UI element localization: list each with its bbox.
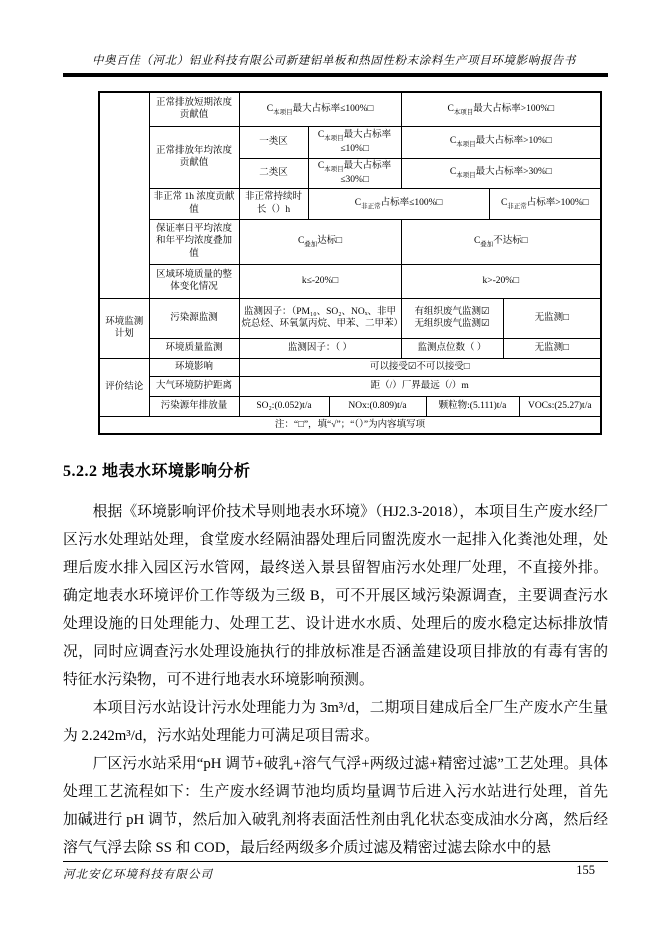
zone-cell: 一类区 (239, 126, 308, 158)
row-label-cell: 区域环境质量的整体变化情况 (149, 264, 239, 298)
option-cell: C本项目最大占标率≤10%□ (308, 126, 401, 158)
pm-emission-cell: 颗粒物:(5.111)t/a (426, 396, 519, 416)
monitor-points-cell: 监测点位数（ ） (401, 338, 503, 358)
table-row: 区域环境质量的整体变化情况 k≤-20%□ k>-20%□ (99, 264, 601, 298)
monitor-type-cell: 有组织废气监测☑ 无组织废气监测☑ (401, 298, 503, 338)
atmospheric-evaluation-table: 正常排放短期浓度贡献值 C本项目最大占标率≤100%□ C本项目最大占标率>10… (98, 91, 602, 435)
row-label-cell: 非正常 1h 浓度贡献值 (149, 188, 239, 219)
no-monitoring-cell: 无监测□ (503, 338, 601, 358)
c-subscript: 非正常 (507, 203, 527, 210)
paragraph-3: 厂区污水站采用“pH 调节+破乳+溶气气浮+两级过滤+精密过滤”工艺处理。具体处… (63, 750, 608, 862)
table-row: 污染源年排放量 SO₂:(0.052)t/a NOx:(0.809)t/a 颗粒… (99, 396, 601, 416)
option-cell: C本项目最大占标率≤30%□ (308, 158, 401, 188)
option-text: 占标率>100%□ (527, 198, 589, 208)
section-heading: 5.2.2 地表水环境影响分析 (63, 458, 608, 481)
option-text: 占标率≤100%□ (381, 198, 443, 208)
table-row: 评价结论 环境影响 可以接受☑不可以接受□ (99, 358, 601, 376)
organized-monitoring: 有组织废气监测☑ (404, 306, 501, 318)
table-row: 大气环境防护距离 距（/）厂界最远（/）m (99, 376, 601, 396)
paragraph-2: 本项目污水站设计污水处理能力为 3m³/d，二期项目建成后全厂生产废水产生量为 … (63, 694, 608, 750)
table-row: 注：“□”，填“√”；“（）”为内容填写项 (99, 416, 601, 434)
page-header-title: 中奥百佳（河北）铝业科技有限公司新建铝单板和热固性粉末涂料生产项目环境影响报告书 (60, 52, 608, 68)
option-cell: C本项目最大占标率>100%□ (401, 92, 601, 126)
row-label-cell: 环境影响 (149, 358, 239, 376)
table-row: 非正常 1h 浓度贡献值 非正常持续时长（）h C非正常占标率≤100%□ C非… (99, 188, 601, 219)
c-subscript: 本项目 (273, 108, 293, 115)
distance-cell: 距（/）厂界最远（/）m (239, 376, 601, 396)
footer-rule (63, 861, 608, 862)
table-row: 正常排放年均浓度贡献值 一类区 C本项目最大占标率≤10%□ C本项目最大占标率… (99, 126, 601, 158)
monitor-factors-cell: 监测因子：（PM₁₀、SO₂、NOₓ、非甲烷总烃、环氧氯丙烷、甲苯、二甲苯） (239, 298, 401, 338)
no-monitoring-cell: 无监测□ (503, 298, 601, 338)
row-label-cell: 保证率日平均浓度和年平均浓度叠加值 (149, 219, 239, 264)
row-label-cell: 正常排放年均浓度贡献值 (149, 126, 239, 188)
option-text: 最大占标率≤30%□ (340, 161, 391, 184)
table-row: 环境质量监测 监测因子：（ ） 监测点位数（ ） 无监测□ (99, 338, 601, 358)
duration-cell: 非正常持续时长（）h (239, 188, 308, 219)
c-subscript: 叠加 (304, 241, 317, 248)
c-subscript: 本项目 (324, 166, 344, 173)
header-rule (63, 73, 608, 77)
option-cell: C非正常占标率≤100%□ (308, 188, 489, 219)
c-subscript: 本项目 (324, 135, 344, 142)
nox-emission-cell: NOx:(0.809)t/a (329, 396, 426, 416)
row-label-cell: 大气环境防护距离 (149, 376, 239, 396)
option-text: 达标□ (317, 236, 342, 246)
footer-company: 河北安亿环境科技有限公司 (63, 866, 213, 882)
group-label-cell: 环境监测计划 (99, 298, 149, 358)
table-row: 环境监测计划 污染源监测 监测因子：（PM₁₀、SO₂、NOₓ、非甲烷总烃、环氧… (99, 298, 601, 338)
so2-emission-cell: SO₂:(0.052)t/a (239, 396, 329, 416)
option-cell: k>-20%□ (401, 264, 601, 298)
row-label-cell: 污染源监测 (149, 298, 239, 338)
group-label-cell: 评价结论 (99, 358, 149, 416)
option-text: 最大占标率>100%□ (473, 104, 554, 114)
page-number: 155 (576, 863, 595, 878)
monitor-factors-cell: 监测因子：（ ） (239, 338, 401, 358)
section-content: 5.2.2 地表水环境影响分析 根据《环境影响评价技术导则地表水环境》（HJ2.… (63, 458, 608, 862)
option-cell: C叠加达标□ (239, 219, 401, 264)
option-cell: k≤-20%□ (239, 264, 401, 298)
document-page: 中奥百佳（河北）铝业科技有限公司新建铝单板和热固性粉末涂料生产项目环境影响报告书… (0, 0, 665, 935)
table-row: 保证率日平均浓度和年平均浓度叠加值 C叠加达标□ C叠加不达标□ (99, 219, 601, 264)
option-text: 不达标□ (493, 236, 527, 246)
zone-cell: 二类区 (239, 158, 308, 188)
c-subscript: 本项目 (456, 172, 476, 179)
c-subscript: 非正常 (361, 203, 381, 210)
conclusion-cell: 可以接受☑不可以接受□ (239, 358, 601, 376)
option-cell: C本项目最大占标率≤100%□ (239, 92, 401, 126)
option-cell: C叠加不达标□ (401, 219, 601, 264)
paragraph-1: 根据《环境影响评价技术导则地表水环境》（HJ2.3-2018），本项目生产废水经… (63, 498, 608, 694)
unorganized-monitoring: 无组织废气监测☑ (404, 318, 501, 330)
option-text: 最大占标率>10%□ (476, 136, 552, 146)
option-cell: C本项目最大占标率>30%□ (401, 158, 601, 188)
c-subscript: 叠加 (480, 241, 493, 248)
option-text: 最大占标率≤10%□ (340, 130, 391, 153)
row-label-cell: 污染源年排放量 (149, 396, 239, 416)
option-text: 最大占标率>30%□ (476, 167, 552, 177)
c-subscript: 本项目 (454, 108, 474, 115)
option-text: 最大占标率≤100%□ (293, 104, 374, 114)
table-row: 正常排放短期浓度贡献值 C本项目最大占标率≤100%□ C本项目最大占标率>10… (99, 92, 601, 126)
table-note: 注：“□”，填“√”；“（）”为内容填写项 (99, 416, 601, 434)
vocs-emission-cell: VOCs:(25.27)t/a (519, 396, 601, 416)
group-spacer-cell (99, 92, 149, 298)
option-cell: C非正常占标率>100%□ (489, 188, 601, 219)
row-label-cell: 环境质量监测 (149, 338, 239, 358)
option-cell: C本项目最大占标率>10%□ (401, 126, 601, 158)
c-subscript: 本项目 (456, 141, 476, 148)
row-label-cell: 正常排放短期浓度贡献值 (149, 92, 239, 126)
